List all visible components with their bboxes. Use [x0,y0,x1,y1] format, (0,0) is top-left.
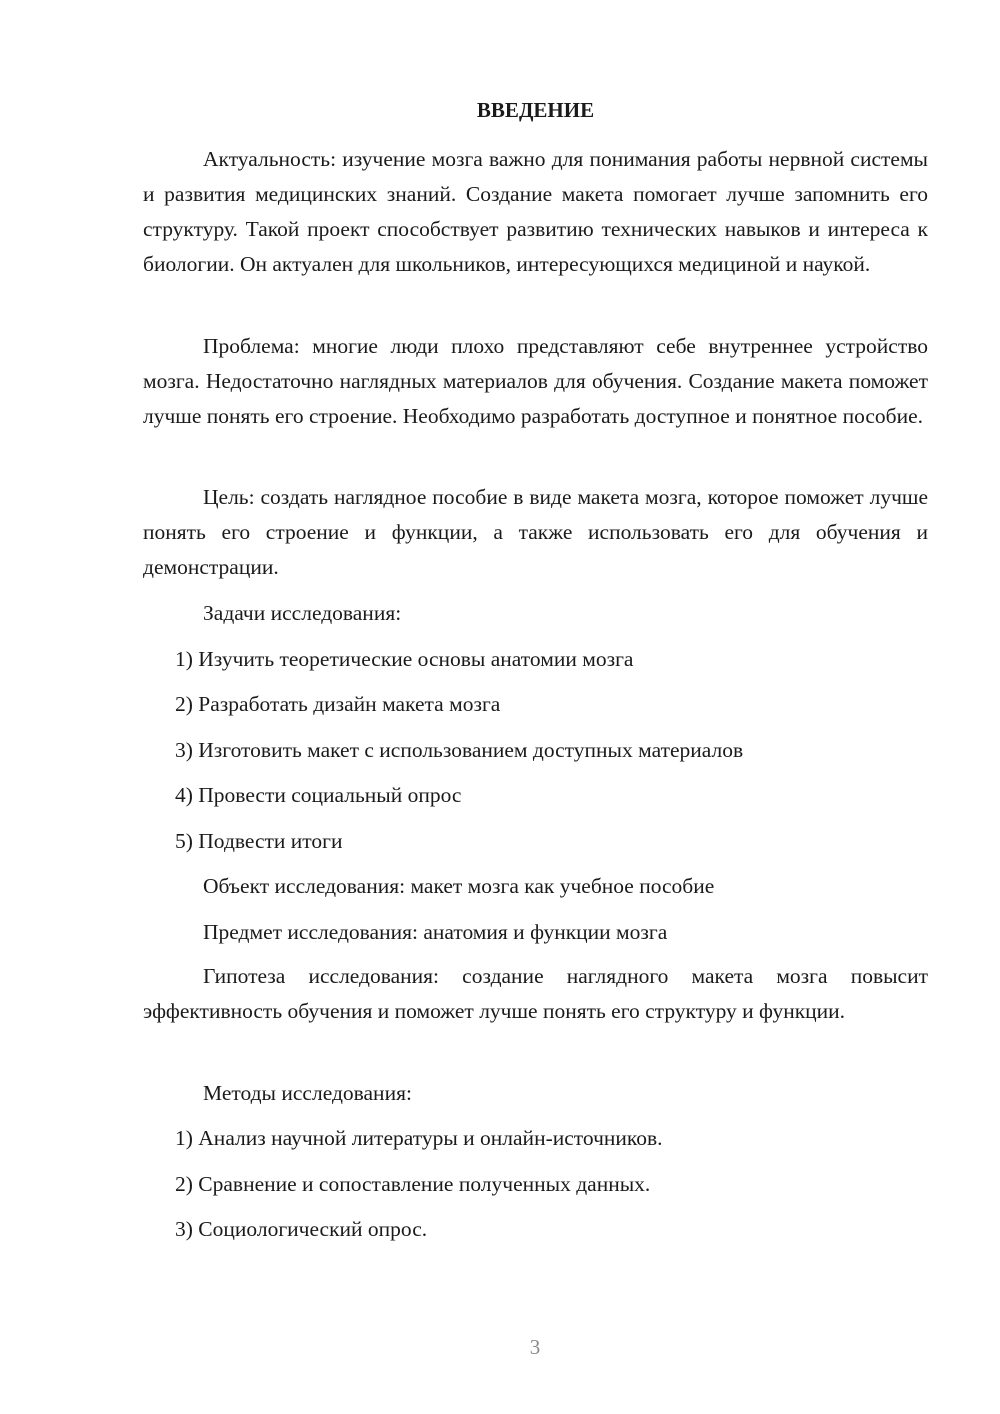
task-item: 2) Разработать дизайн макета мозга [175,690,500,718]
task-item: 4) Провести социальный опрос [175,781,461,809]
tasks-heading: Задачи исследования: [203,599,401,627]
method-item: 1) Анализ научной литературы и онлайн-ис… [175,1124,663,1152]
relevance-paragraph: Актуальность: изучение мозга важно для п… [143,142,928,282]
problem-paragraph: Проблема: многие люди плохо представляют… [143,329,928,434]
method-item: 2) Сравнение и сопоставление полученных … [175,1170,650,1198]
task-item: 1) Изучить теоретические основы анатомии… [175,645,633,673]
goal-paragraph: Цель: создать наглядное пособие в виде м… [143,480,928,585]
method-item: 3) Социологический опрос. [175,1215,427,1243]
document-page: ВВЕДЕНИЕ Актуальность: изучение мозга ва… [0,0,1000,1414]
hypothesis-paragraph: Гипотеза исследования: создание наглядно… [143,959,928,1029]
research-object: Объект исследования: макет мозга как уче… [203,872,714,900]
task-item: 3) Изготовить макет с использованием дос… [175,736,743,764]
task-item: 5) Подвести итоги [175,827,343,855]
research-subject: Предмет исследования: анатомия и функции… [203,918,667,946]
page-number: 3 [500,1333,570,1361]
methods-heading: Методы исследования: [203,1079,412,1107]
section-title: ВВЕДЕНИЕ [143,96,928,124]
